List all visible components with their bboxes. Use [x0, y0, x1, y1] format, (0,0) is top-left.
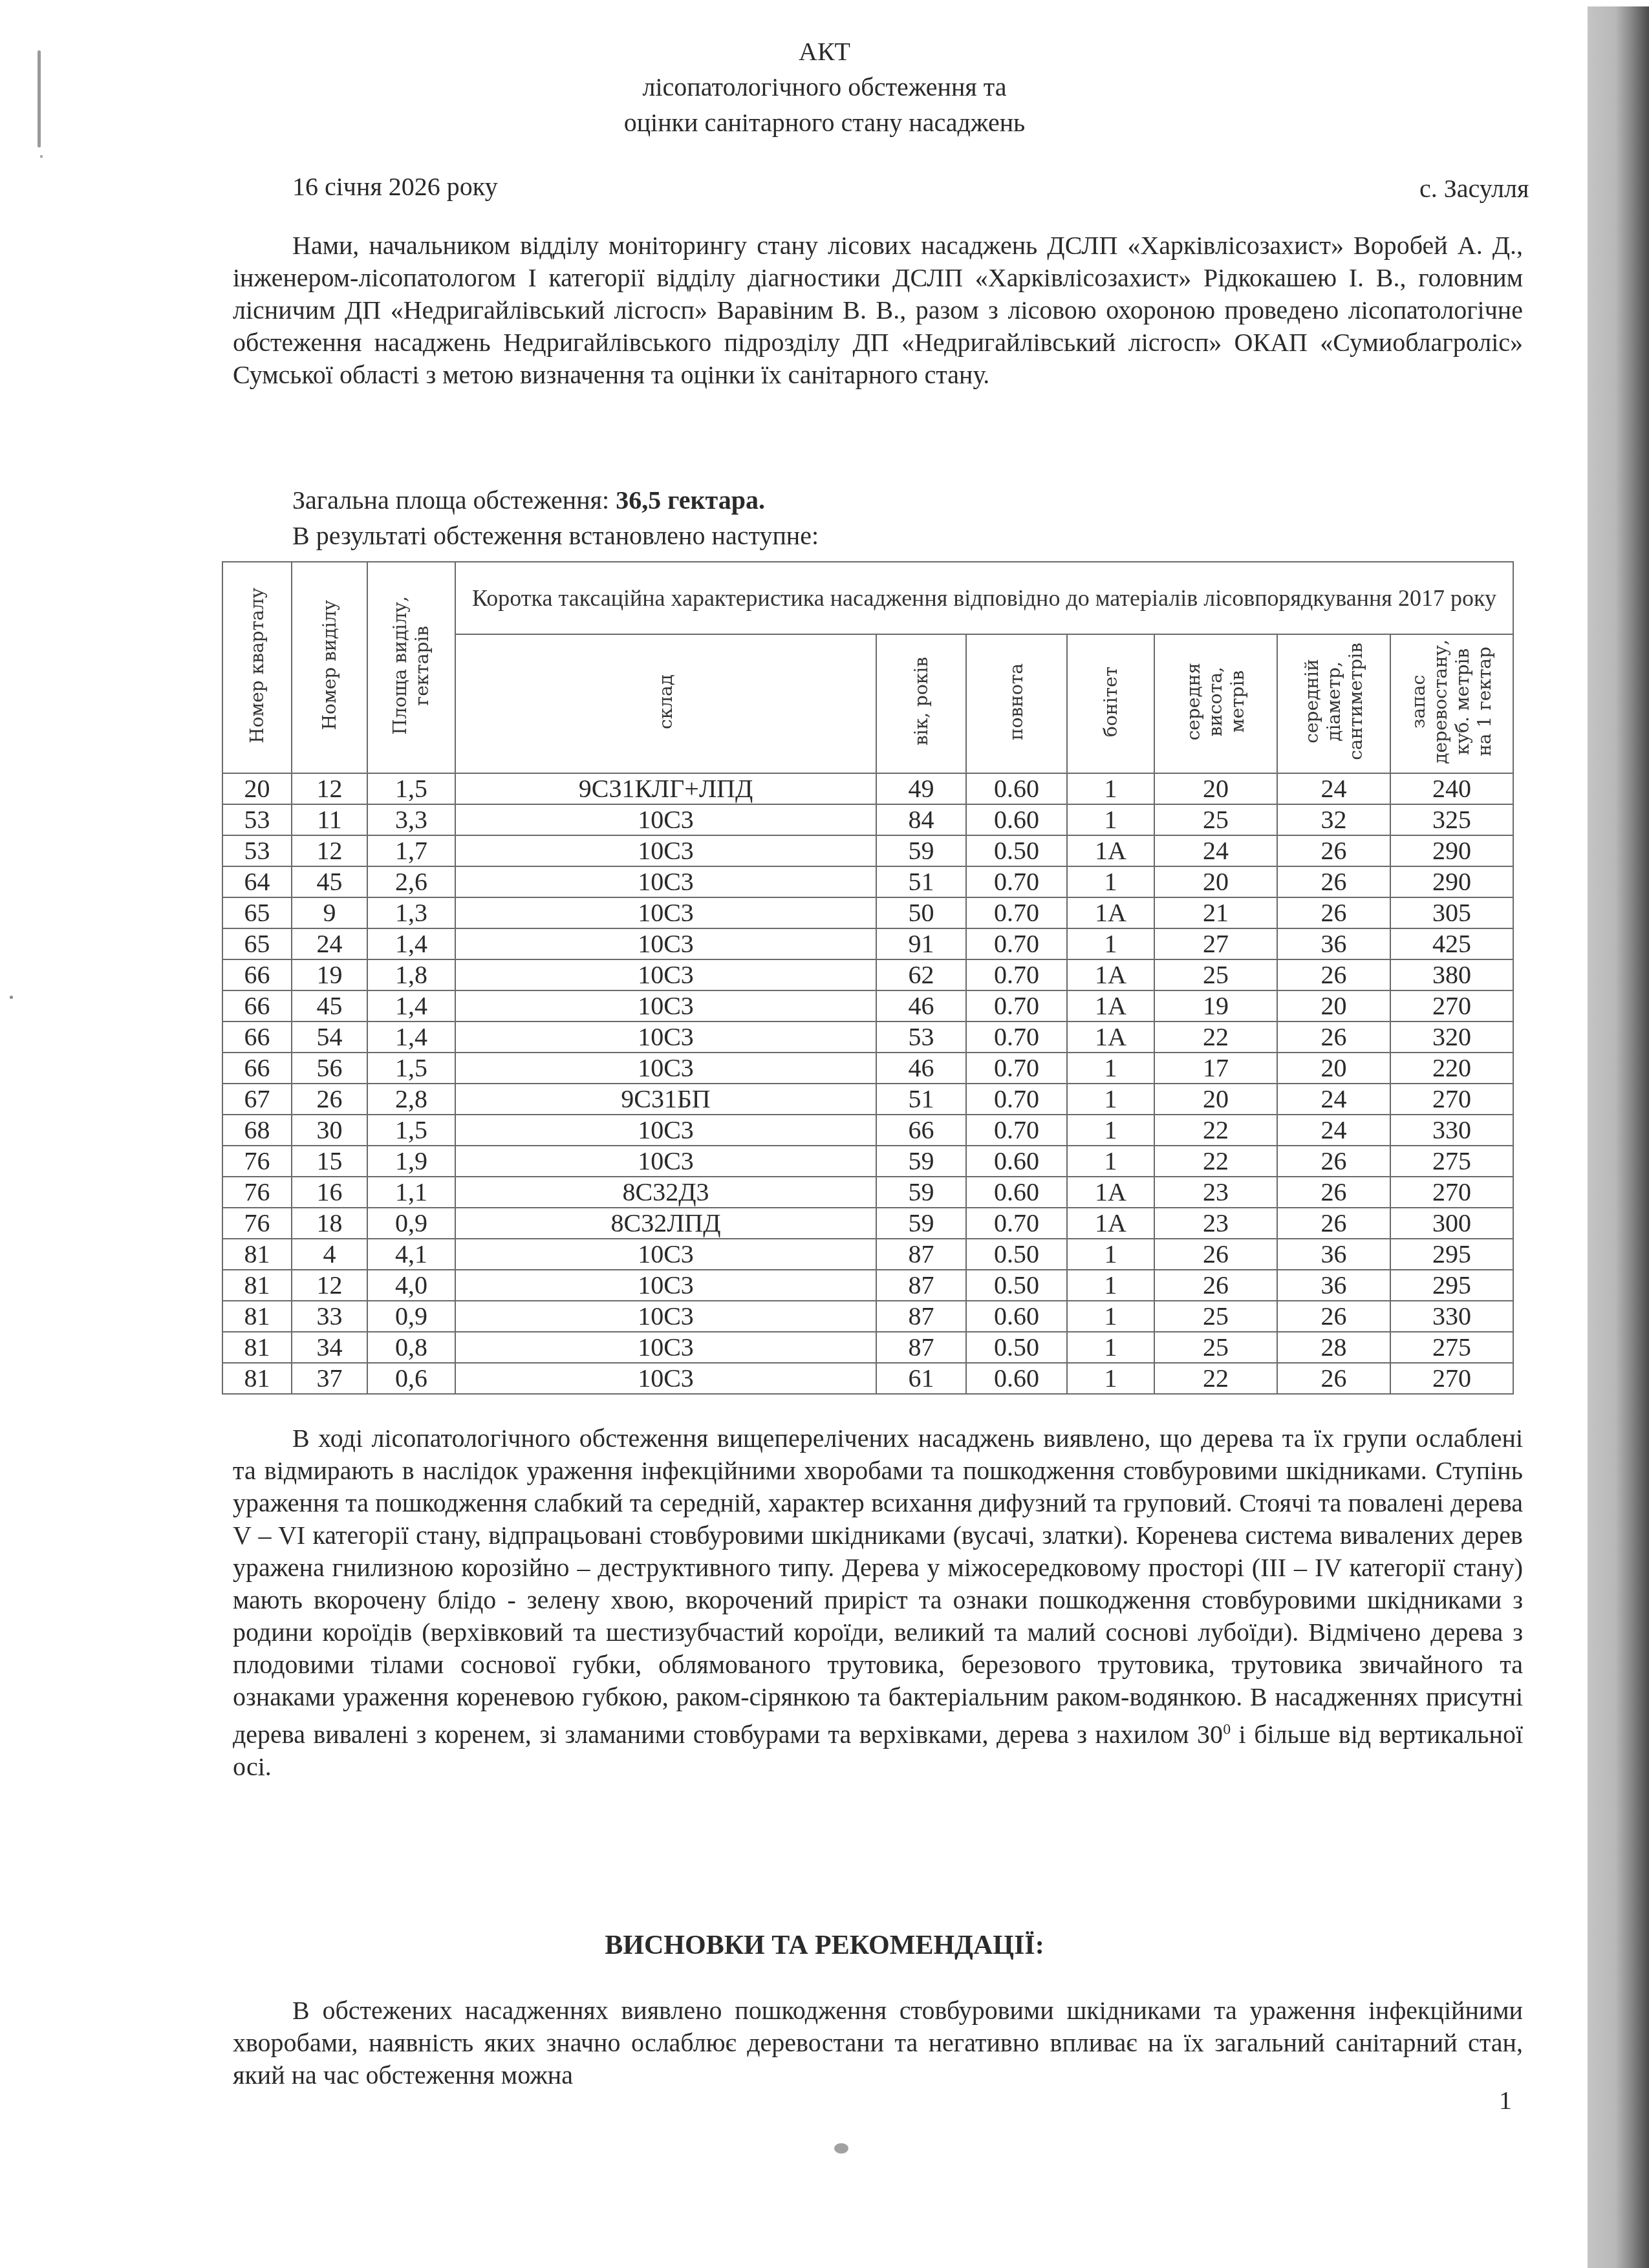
table-cell: 64: [222, 866, 292, 897]
table-cell: 20: [1277, 990, 1390, 1022]
total-area-label: Загальна площа обстеження:: [292, 486, 616, 515]
table-cell: 275: [1390, 1146, 1513, 1177]
scan-speck: [40, 155, 43, 158]
table-cell: 9: [292, 897, 367, 928]
table-cell: 50: [876, 897, 966, 928]
column-header-subcompartment: Номер виділу: [292, 562, 367, 773]
table-cell: 0.60: [966, 1363, 1067, 1394]
table-cell: 0.70: [966, 1115, 1067, 1146]
table-row: 81330,910С3870.6012526330: [222, 1301, 1513, 1332]
table-cell: 0.50: [966, 835, 1067, 866]
table-cell: 9С31БП: [455, 1084, 876, 1115]
table-cell: 24: [292, 928, 367, 959]
table-cell: 1: [1067, 1146, 1154, 1177]
table-cell: 24: [1277, 1084, 1390, 1115]
document-place: с. Засулля: [1419, 173, 1529, 204]
table-cell: 1,3: [367, 897, 455, 928]
table-cell: 1: [1067, 1332, 1154, 1363]
column-header-diameter: середній діаметр, сантиметрів: [1277, 634, 1390, 773]
findings-paragraph: В ході лісопатологічного обстеження вище…: [233, 1422, 1523, 1783]
table-cell: 0.70: [966, 1022, 1067, 1053]
table-row: 81340,810С3870.5012528275: [222, 1332, 1513, 1363]
table-cell: 17: [1154, 1053, 1277, 1084]
table-cell: 59: [876, 1146, 966, 1177]
table-cell: 10С3: [455, 1363, 876, 1394]
table-cell: 10С3: [455, 1239, 876, 1270]
table-cell: 34: [292, 1332, 367, 1363]
table-cell: 0.50: [966, 1332, 1067, 1363]
table-cell: 46: [876, 990, 966, 1022]
table-cell: 0.70: [966, 1208, 1067, 1239]
table-cell: 330: [1390, 1301, 1513, 1332]
table-row: 66561,510С3460.7011720220: [222, 1053, 1513, 1084]
table-cell: 1: [1067, 1301, 1154, 1332]
table-cell: 53: [222, 835, 292, 866]
table-cell: 0,9: [367, 1301, 455, 1332]
table-cell: 240: [1390, 773, 1513, 804]
table-cell: 1А: [1067, 959, 1154, 990]
table-cell: 0.70: [966, 928, 1067, 959]
table-cell: 24: [1154, 835, 1277, 866]
table-cell: 10С3: [455, 1270, 876, 1301]
table-cell: 1,5: [367, 1115, 455, 1146]
table-cell: 295: [1390, 1270, 1513, 1301]
table-cell: 12: [292, 773, 367, 804]
table-row: 66451,410С3460.701А1920270: [222, 990, 1513, 1022]
table-cell: 1: [1067, 1084, 1154, 1115]
table-cell: 305: [1390, 897, 1513, 928]
document-subtitle-line2: оцінки санітарного стану насаджень: [0, 107, 1649, 139]
table-cell: 10С3: [455, 1301, 876, 1332]
table-cell: 26: [1277, 1208, 1390, 1239]
table-cell: 0.70: [966, 990, 1067, 1022]
table-cell: 84: [876, 804, 966, 835]
column-header-height: середня висота, метрів: [1154, 634, 1277, 773]
table-cell: 81: [222, 1301, 292, 1332]
table-cell: 66: [222, 1022, 292, 1053]
table-cell: 0.70: [966, 897, 1067, 928]
table-cell: 30: [292, 1115, 367, 1146]
table-row: 65241,410С3910.7012736425: [222, 928, 1513, 959]
table-cell: 0.70: [966, 959, 1067, 990]
column-header-site-class: бонітет: [1067, 634, 1154, 773]
table-cell: 66: [222, 990, 292, 1022]
table-cell: 26: [1277, 1363, 1390, 1394]
table-cell: 325: [1390, 804, 1513, 835]
table-cell: 1,4: [367, 1022, 455, 1053]
conclusions-heading: ВИСНОВКИ ТА РЕКОМЕНДАЦІЇ:: [0, 1930, 1649, 1961]
table-cell: 1А: [1067, 835, 1154, 866]
table-cell: 21: [1154, 897, 1277, 928]
table-cell: 22: [1154, 1022, 1277, 1053]
table-cell: 0,8: [367, 1332, 455, 1363]
table-cell: 20: [1154, 773, 1277, 804]
table-cell: 10С3: [455, 1053, 876, 1084]
table-cell: 1: [1067, 804, 1154, 835]
table-cell: 10С3: [455, 835, 876, 866]
table-cell: 1: [1067, 928, 1154, 959]
table-row: 8144,110С3870.5012636295: [222, 1239, 1513, 1270]
table-cell: 76: [222, 1146, 292, 1177]
degree-superscript: 0: [1223, 1721, 1231, 1738]
table-cell: 290: [1390, 866, 1513, 897]
total-area-value: 36,5 гектара.: [616, 486, 765, 515]
table-row: 20121,59С31КЛГ+ЛПД490.6012024240: [222, 773, 1513, 804]
table-cell: 23: [1154, 1208, 1277, 1239]
table-cell: 36: [1277, 1239, 1390, 1270]
table-cell: 1,5: [367, 773, 455, 804]
table-cell: 1А: [1067, 897, 1154, 928]
table-cell: 76: [222, 1177, 292, 1208]
total-area: Загальна площа обстеження: 36,5 гектара.: [292, 485, 765, 515]
table-cell: 28: [1277, 1332, 1390, 1363]
table-cell: 10С3: [455, 1332, 876, 1363]
table-cell: 59: [876, 835, 966, 866]
table-cell: 0.60: [966, 804, 1067, 835]
table-cell: 1,8: [367, 959, 455, 990]
table-cell: 1А: [1067, 1177, 1154, 1208]
table-cell: 26: [1277, 1022, 1390, 1053]
table-cell: 87: [876, 1270, 966, 1301]
table-cell: 10С3: [455, 897, 876, 928]
table-cell: 1: [1067, 1053, 1154, 1084]
table-cell: 0.70: [966, 1084, 1067, 1115]
table-row: 53121,710С3590.501А2426290: [222, 835, 1513, 866]
table-cell: 26: [1277, 1146, 1390, 1177]
table-cell: 10С3: [455, 866, 876, 897]
taxation-table: Номер кварталу Номер виділу Площа виділу…: [222, 561, 1514, 1395]
table-cell: 18: [292, 1208, 367, 1239]
table-cell: 1,4: [367, 928, 455, 959]
table-cell: 22: [1154, 1115, 1277, 1146]
table-cell: 66: [876, 1115, 966, 1146]
table-cell: 270: [1390, 1363, 1513, 1394]
table-cell: 36: [1277, 928, 1390, 959]
table-cell: 46: [876, 1053, 966, 1084]
table-cell: 10С3: [455, 928, 876, 959]
table-cell: 32: [1277, 804, 1390, 835]
table-cell: 15: [292, 1146, 367, 1177]
table-cell: 25: [1154, 959, 1277, 990]
table-row: 6591,310С3500.701А2126305: [222, 897, 1513, 928]
table-cell: 25: [1154, 804, 1277, 835]
table-row: 76180,98С32ЛПД590.701А2326300: [222, 1208, 1513, 1239]
scan-edge-shadow: [1588, 6, 1649, 2268]
table-cell: 26: [1277, 866, 1390, 897]
table-cell: 220: [1390, 1053, 1513, 1084]
table-cell: 380: [1390, 959, 1513, 990]
table-cell: 26: [292, 1084, 367, 1115]
table-row: 64452,610С3510.7012026290: [222, 866, 1513, 897]
table-cell: 87: [876, 1239, 966, 1270]
table-cell: 0.70: [966, 1053, 1067, 1084]
table-cell: 10С3: [455, 959, 876, 990]
table-cell: 76: [222, 1208, 292, 1239]
table-cell: 22: [1154, 1363, 1277, 1394]
table-cell: 81: [222, 1363, 292, 1394]
table-cell: 66: [222, 959, 292, 990]
table-cell: 61: [876, 1363, 966, 1394]
table-cell: 37: [292, 1363, 367, 1394]
table-cell: 330: [1390, 1115, 1513, 1146]
table-cell: 81: [222, 1332, 292, 1363]
column-header-composition: склад: [455, 634, 876, 773]
table-cell: 12: [292, 835, 367, 866]
table-body: 20121,59С31КЛГ+ЛПД490.601202424053113,31…: [222, 773, 1513, 1394]
table-cell: 16: [292, 1177, 367, 1208]
table-cell: 67: [222, 1084, 292, 1115]
table-cell: 0.60: [966, 1177, 1067, 1208]
table-cell: 56: [292, 1053, 367, 1084]
column-header-density: повнота: [966, 634, 1067, 773]
table-cell: 20: [1154, 866, 1277, 897]
table-cell: 36: [1277, 1270, 1390, 1301]
table-cell: 20: [1154, 1084, 1277, 1115]
table-cell: 20: [222, 773, 292, 804]
table-cell: 1: [1067, 1270, 1154, 1301]
table-cell: 54: [292, 1022, 367, 1053]
table-cell: 53: [876, 1022, 966, 1053]
table-row: 67262,89С31БП510.7012024270: [222, 1084, 1513, 1115]
table-cell: 270: [1390, 1084, 1513, 1115]
table-cell: 300: [1390, 1208, 1513, 1239]
table-cell: 1: [1067, 866, 1154, 897]
table-cell: 65: [222, 928, 292, 959]
table-cell: 9С31КЛГ+ЛПД: [455, 773, 876, 804]
table-row: 53113,310С3840.6012532325: [222, 804, 1513, 835]
table-cell: 66: [222, 1053, 292, 1084]
table-cell: 26: [1277, 1177, 1390, 1208]
table-cell: 12: [292, 1270, 367, 1301]
table-cell: 0.60: [966, 773, 1067, 804]
table-cell: 2,8: [367, 1084, 455, 1115]
table-row: 76161,18С32Д3590.601А2326270: [222, 1177, 1513, 1208]
table-cell: 10С3: [455, 1022, 876, 1053]
table-cell: 1А: [1067, 1208, 1154, 1239]
table-cell: 1А: [1067, 1022, 1154, 1053]
table-cell: 10С3: [455, 804, 876, 835]
table-cell: 45: [292, 866, 367, 897]
table-cell: 25: [1154, 1332, 1277, 1363]
table-cell: 1,9: [367, 1146, 455, 1177]
table-cell: 45: [292, 990, 367, 1022]
table-row: 81124,010С3870.5012636295: [222, 1270, 1513, 1301]
table-cell: 295: [1390, 1239, 1513, 1270]
table-cell: 4: [292, 1239, 367, 1270]
table-cell: 26: [1277, 897, 1390, 928]
conclusions-paragraph: В обстежених насадженнях виявлено пошкод…: [233, 1995, 1523, 2091]
table-cell: 0.60: [966, 1301, 1067, 1332]
table-cell: 24: [1277, 1115, 1390, 1146]
document-date: 16 січня 2026 року: [292, 171, 498, 202]
table-cell: 1: [1067, 1239, 1154, 1270]
document-title: АКТ: [0, 36, 1649, 68]
table-cell: 59: [876, 1208, 966, 1239]
page-number: 1: [1499, 2085, 1512, 2115]
table-cell: 26: [1277, 1301, 1390, 1332]
table-cell: 0,6: [367, 1363, 455, 1394]
table-cell: 425: [1390, 928, 1513, 959]
table-cell: 3,3: [367, 804, 455, 835]
table-cell: 0.50: [966, 1239, 1067, 1270]
table-cell: 1,7: [367, 835, 455, 866]
table-cell: 62: [876, 959, 966, 990]
table-cell: 19: [292, 959, 367, 990]
document-subtitle-line1: лісопатологічного обстеження та: [0, 71, 1649, 103]
table-cell: 11: [292, 804, 367, 835]
table-cell: 81: [222, 1239, 292, 1270]
table-cell: 26: [1154, 1270, 1277, 1301]
table-cell: 8С32Д3: [455, 1177, 876, 1208]
table-cell: 2,6: [367, 866, 455, 897]
table-row: 76151,910С3590.6012226275: [222, 1146, 1513, 1177]
table-cell: 81: [222, 1270, 292, 1301]
table-cell: 24: [1277, 773, 1390, 804]
table-cell: 51: [876, 1084, 966, 1115]
table-cell: 23: [1154, 1177, 1277, 1208]
table-row: 81370,610С3610.6012226270: [222, 1363, 1513, 1394]
table-cell: 10С3: [455, 990, 876, 1022]
column-group-header: Коротка таксаційна характеристика насадж…: [455, 562, 1513, 634]
table-cell: 49: [876, 773, 966, 804]
table-cell: 20: [1277, 1053, 1390, 1084]
table-cell: 87: [876, 1332, 966, 1363]
table-cell: 1: [1067, 773, 1154, 804]
table-cell: 27: [1154, 928, 1277, 959]
table-cell: 0.60: [966, 1146, 1067, 1177]
table-cell: 1А: [1067, 990, 1154, 1022]
table-cell: 270: [1390, 1177, 1513, 1208]
table-cell: 26: [1277, 959, 1390, 990]
table-row: 68301,510С3660.7012224330: [222, 1115, 1513, 1146]
table-cell: 320: [1390, 1022, 1513, 1053]
table-cell: 1: [1067, 1363, 1154, 1394]
table-cell: 1,5: [367, 1053, 455, 1084]
table-cell: 290: [1390, 835, 1513, 866]
table-cell: 59: [876, 1177, 966, 1208]
table-cell: 65: [222, 897, 292, 928]
column-header-stock: запас деревостану, куб. метрів на 1 гект…: [1390, 634, 1513, 773]
column-header-age: вік, років: [876, 634, 966, 773]
table-cell: 1,1: [367, 1177, 455, 1208]
table-cell: 53: [222, 804, 292, 835]
table-cell: 91: [876, 928, 966, 959]
table-cell: 8С32ЛПД: [455, 1208, 876, 1239]
column-header-area: Площа виділу, гектарів: [367, 562, 455, 773]
table-cell: 4,1: [367, 1239, 455, 1270]
intro-paragraph: Нами, начальником відділу моніторингу ст…: [233, 230, 1523, 391]
table-row: 66191,810С3620.701А2526380: [222, 959, 1513, 990]
table-cell: 22: [1154, 1146, 1277, 1177]
table-cell: 1: [1067, 1115, 1154, 1146]
column-header-quarter: Номер кварталу: [222, 562, 292, 773]
table-cell: 33: [292, 1301, 367, 1332]
table-cell: 10С3: [455, 1115, 876, 1146]
table-cell: 275: [1390, 1332, 1513, 1363]
table-cell: 270: [1390, 990, 1513, 1022]
scan-speck: [10, 996, 13, 999]
scan-smudge: [834, 2143, 848, 2154]
table-cell: 26: [1154, 1239, 1277, 1270]
table-cell: 10С3: [455, 1146, 876, 1177]
table-cell: 1,4: [367, 990, 455, 1022]
table-cell: 0,9: [367, 1208, 455, 1239]
table-cell: 25: [1154, 1301, 1277, 1332]
result-intro: В результаті обстеження встановлено наст…: [292, 520, 819, 551]
table-cell: 68: [222, 1115, 292, 1146]
table-cell: 19: [1154, 990, 1277, 1022]
table-cell: 87: [876, 1301, 966, 1332]
table-cell: 51: [876, 866, 966, 897]
table-cell: 26: [1277, 835, 1390, 866]
table-cell: 0.50: [966, 1270, 1067, 1301]
table-row: 66541,410С3530.701А2226320: [222, 1022, 1513, 1053]
table-cell: 0.70: [966, 866, 1067, 897]
table-cell: 4,0: [367, 1270, 455, 1301]
